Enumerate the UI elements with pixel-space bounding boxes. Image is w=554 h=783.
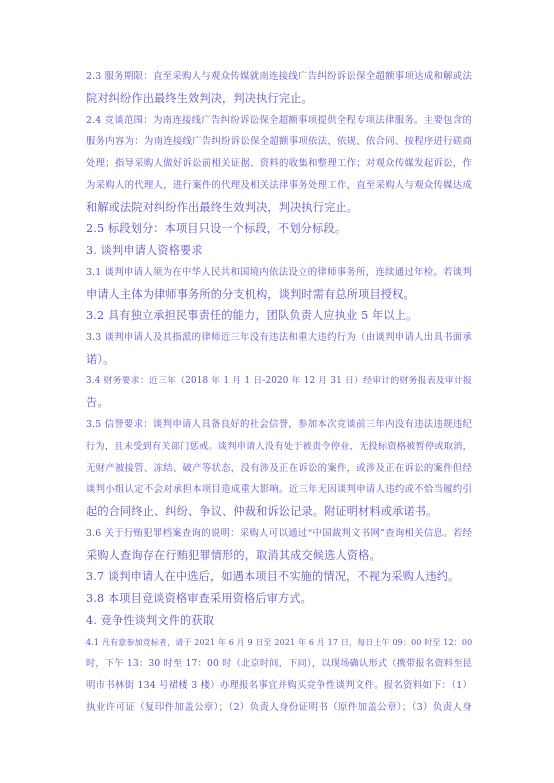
document-line: 告。	[86, 392, 472, 414]
document-line: 和解或法院对纠纷作出最终生效判决，判决执行完止。	[86, 197, 472, 219]
document-line: 处理；指导采购人做好诉讼前相关证据、资料的收集和整理工作；对观众传媒发起诉讼，作	[86, 153, 472, 175]
document-line: 3.2 具有独立承担民事责任的能力，团队负责人应执业 5 年以上。	[86, 305, 472, 327]
document-line: 明市书林街 134 号裙楼 3 楼）办理报名事宜并购买竞争性谈判文件。报名资料如…	[86, 675, 472, 697]
document-body: 2.3 服务期限：直至采购人与观众传媒就南连接线广告纠纷诉讼保全超额事项达成和解…	[86, 66, 472, 719]
document-line: 采购人查询存在行贿犯罪情形的，取消其成交候选人资格。	[86, 545, 472, 567]
document-line: 谈判小组认定不会对承担本项目造成重大影响。近三年无因谈判申请人违约或不恰当履约引	[86, 479, 472, 501]
document-line: 4. 竞争性谈判文件的获取	[86, 610, 472, 632]
document-line: 2.3 服务期限：直至采购人与观众传媒就南连接线广告纠纷诉讼保全超额事项达成和解…	[86, 66, 472, 88]
document-line: 3.5 信誉要求：谈判申请人具备良好的社会信誉，参加本次竞谈前三年内没有违法违规…	[86, 414, 472, 436]
document-line: 服务内容为：为南连接线广告纠纷诉讼保全超额事项依法、依规、依合同、按程序进行磋商	[86, 131, 472, 153]
document-line: 2.5 标段划分：本项目只设一个标段，不划分标段。	[86, 218, 472, 240]
document-line: 3.7 谈判申请人在中选后，如遇本项目不实施的情况，不视为采购人违约。	[86, 566, 472, 588]
document-line: 时，下午 13：30 时至 17：00 时（北京时间，下同），以现场确认形式（携…	[86, 653, 472, 675]
document-line: 起的合同终止、纠纷、争议、仲裁和诉讼记录。附证明材料或承诺书。	[86, 501, 472, 523]
document-line: 行为，且未受到有关部门惩戒。谈判申请人没有处于被责令停业，无投标资格被暂停或取消…	[86, 436, 472, 458]
document-line: 3.8 本项目竞谈资格审查采用资格后审方式。	[86, 588, 472, 610]
document-line: 院对纠纷作出最终生效判决，判决执行完止。	[86, 88, 472, 110]
document-line: 2.4 竞谈范围：为南连接线广告纠纷诉讼保全超额事项提供全程专项法律服务。主要包…	[86, 110, 472, 132]
document-line: 3.3 谈判申请人及其指派的律师近三年没有违法和重大违约行为（由谈判申请人出具书…	[86, 327, 472, 349]
document-line: 诺）。	[86, 349, 472, 371]
document-line: 4.1 凡有意参加竞标者，请于 2021 年 6 月 9 日至 2021 年 6…	[86, 632, 472, 654]
document-line: 3. 谈判申请人资格要求	[86, 240, 472, 262]
document-line: 执业许可证（复印件加盖公章）；（2）负责人身份证明书（原件加盖公章）；（3）负责…	[86, 697, 472, 719]
document-page: 2.3 服务期限：直至采购人与观众传媒就南连接线广告纠纷诉讼保全超额事项达成和解…	[0, 0, 554, 783]
document-line: 为采购人的代理人，进行案件的代理及相关法律事务处理工作，直至采购人与观众传媒达成	[86, 175, 472, 197]
document-line: 3.1 谈判申请人须为在中华人民共和国境内依法设立的律师事务所，连续通过年检。若…	[86, 262, 472, 284]
document-line: 申请人主体为律师事务所的分支机构，谈判时需有总所项目授权。	[86, 284, 472, 306]
document-line: 无财产被接管、冻结、破产等状态，没有涉及正在诉讼的案件，或涉及正在诉讼的案件但经	[86, 458, 472, 480]
document-line: 3.4 财务要求：近三年（2018 年 1 月 1 日-2020 年 12 月 …	[86, 371, 472, 393]
document-line: 3.6 关于行贿犯罪档案查询的说明：采购人可以通过“中国裁判文书网”查询相关信息…	[86, 523, 472, 545]
